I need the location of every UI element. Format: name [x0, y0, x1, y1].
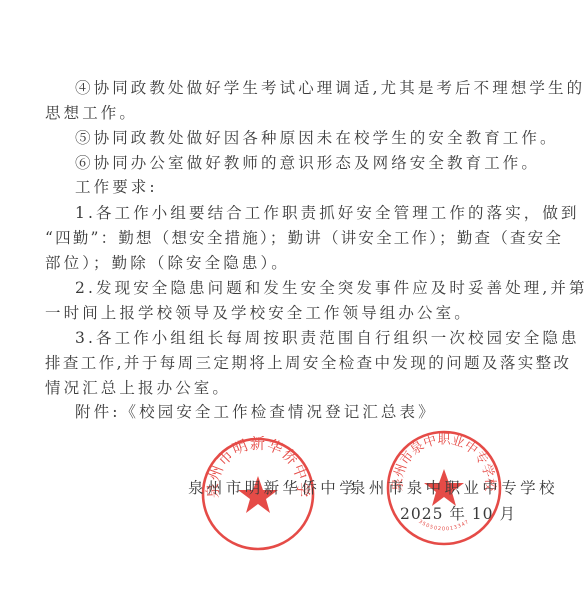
- requirement-1-cont: “四勤”：勤想（想安全措施）；勤讲（讲安全工作）；勤查（查安全: [45, 228, 563, 248]
- requirement-1: 1.各工作小组要结合工作职责抓好安全管理工作的落实，做到: [75, 203, 580, 223]
- requirement-3-cont-2: 情况汇总上报办公室。: [45, 378, 231, 398]
- requirement-3: 3.各工作小组组长每周按职责范围自行组织一次校园安全隐患: [75, 328, 580, 348]
- requirement-1-cont-2: 部位）；勤除（除安全隐患）。: [45, 253, 290, 273]
- section-heading-requirements: 工作要求:: [75, 177, 158, 197]
- requirement-3-cont: 排查工作,并于每周三定期将上周安全检查中发现的问题及落实整改: [45, 353, 571, 373]
- document-page: ④协同政教处做好学生考试心理调适,尤其是考后不理想学生的 思想工作。 ⑤协同政教…: [0, 0, 584, 590]
- signature-date: 2025 年 10 月: [400, 504, 516, 524]
- signature-school-2: 泉州市泉中职业中专学校: [350, 478, 558, 498]
- requirement-2-cont: 一时间上报学校领导及学校安全工作领导组办公室。: [45, 303, 473, 323]
- text-line-item-4: ④协同政教处做好学生考试心理调适,尤其是考后不理想学生的: [75, 78, 584, 98]
- text-line-item-5: ⑤协同政教处做好因各种原因未在校学生的安全教育工作。: [75, 128, 559, 148]
- requirement-2: 2.发现安全隐患问题和发生安全突发事件应及时妥善处理,并第: [75, 278, 584, 298]
- signature-school-1: 泉州市明新华侨中学: [188, 478, 358, 498]
- attachment-line: 附件:《校园安全工作检查情况登记汇总表》: [75, 402, 437, 422]
- text-line-item-6: ⑥协同办公室做好教师的意识形态及网络安全教育工作。: [75, 153, 540, 173]
- text-line-item-4-cont: 思想工作。: [45, 103, 138, 123]
